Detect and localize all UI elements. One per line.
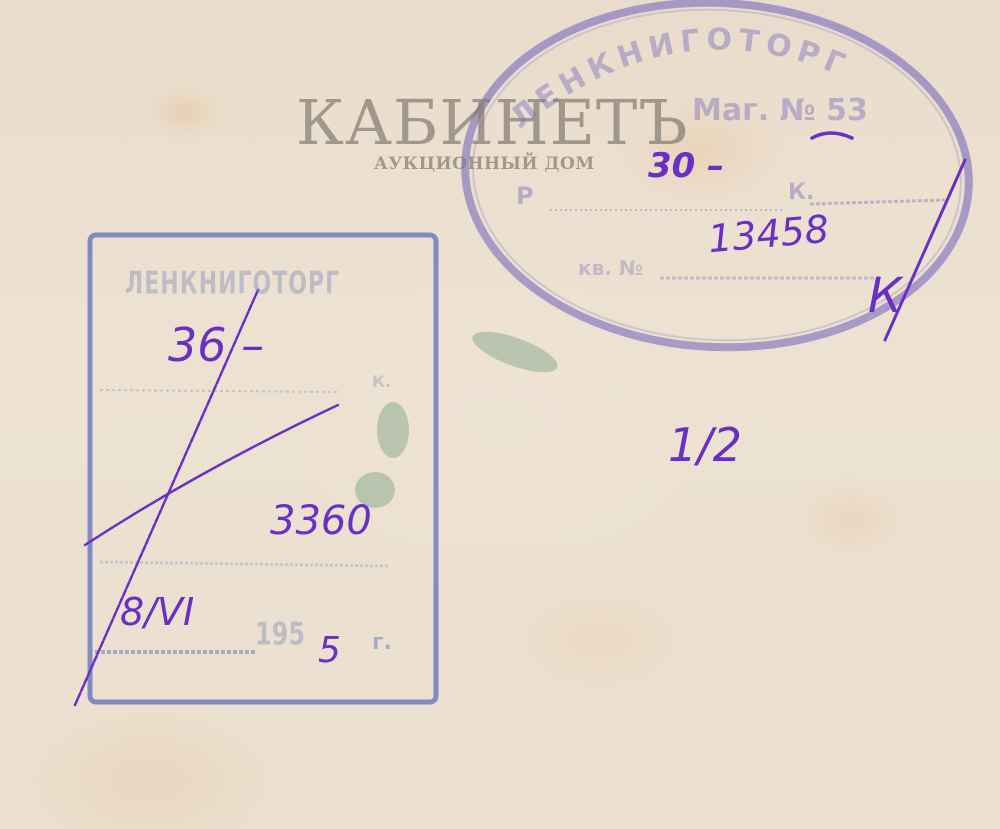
watermark-title: КАБИНЕТЪ	[296, 92, 689, 154]
auction-watermark: КАБИНЕТЪ АУКЦИОННЫЙ ДОМ	[296, 92, 689, 154]
oval-stamp-shop-number: Маг. № 53	[692, 93, 868, 128]
oval-stamp-kopecks-label: К.	[788, 180, 814, 205]
watermark-subtitle: АУКЦИОННЫЙ ДОМ	[374, 154, 595, 174]
handwritten-corner-mark: К	[868, 268, 902, 324]
oval-stamp-rubles-label: Р	[516, 182, 534, 210]
handwritten-year-digit: 5	[318, 630, 341, 671]
rect-stamp-year: 195	[255, 616, 305, 652]
rect-stamp-title: ЛЕНКНИГОТОРГ	[125, 267, 340, 302]
rect-stamp-year-suffix: г.	[372, 630, 392, 655]
rect-stamp-kopecks-label: К.	[372, 372, 391, 391]
handwritten-price-rect: 36 –	[168, 318, 264, 372]
handwritten-fraction: 1/2	[668, 418, 742, 472]
oval-stamp-receipt-label: кв. №	[578, 256, 643, 280]
handwritten-price-oval: 30 –	[648, 146, 724, 186]
handwritten-number-rect: 3360	[270, 498, 372, 544]
handwritten-date: 8/VI	[120, 590, 194, 634]
